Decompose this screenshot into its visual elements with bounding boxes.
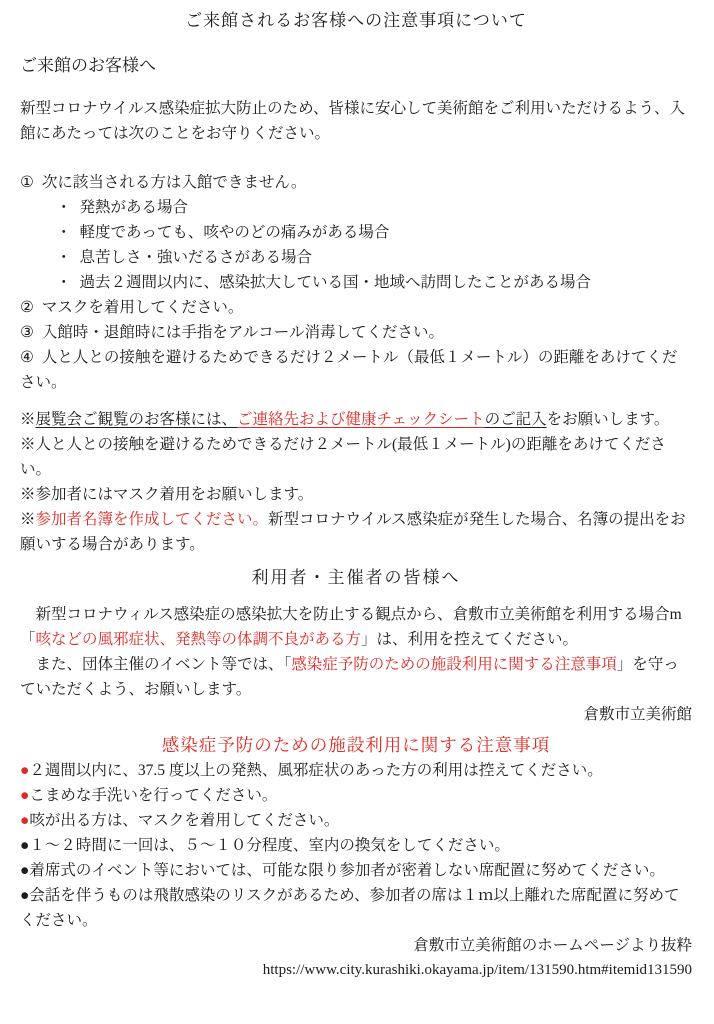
facility-rule-text: 会話を伴うものは飛散感染のリスクがあるため、参加者の席は１ｍ以上離れた席配置に努… [20,887,679,929]
museum-signature: 倉敷市立美術館 [20,702,692,727]
rule-number: ③ [20,324,34,341]
note-prefix: ※ [20,511,36,528]
document-page: ご来館されるお客様への注意事項について ご来館のお客様へ 新型コロナウイルス感染… [0,0,714,1024]
rule-number: ② [20,299,34,316]
facility-rule-text: 咳が出る方は、マスクを着用してください。 [29,812,339,829]
bullet-dot-marker: ・ [56,274,72,291]
bullet-circle-marker: ● [20,787,29,804]
note-contact-sheet: ※展覧会ご観覧のお客様には、ご連絡先および健康チェックシートのご記入をお願いしま… [20,407,692,432]
facility-rule-6: ●会話を伴うものは飛散感染のリスクがあるため、参加者の席は１ｍ以上離れた席配置に… [20,883,692,933]
rule-text: 次に該当される方は入館できません。 [42,174,306,191]
paragraph-red-text: 感染症予防のための施設利用に関する注意事項 [291,656,617,673]
note-red-text: 参加者名簿を作成してください。 [36,511,269,528]
bullet-circle-marker: ● [20,837,29,854]
bullet-dot-marker: ・ [56,249,72,266]
facility-rule-3: ●咳が出る方は、マスクを着用してください。 [20,808,692,833]
symptom-text: 息苦しさ・強いだるさがある場合 [80,249,313,266]
source-url: https://www.city.kurashiki.okayama.jp/it… [20,958,692,983]
note-roster: ※参加者名簿を作成してください。新型コロナウイルス感染症が発生した場合、名簿の提… [20,507,692,557]
symptom-item-1: ・発熱がある場合 [20,195,692,220]
organizer-paragraph-2: また、団体主催のイベント等では、「感染症予防のための施設利用に関する注意事項」を… [20,652,692,702]
rule-text: マスクを着用してください。 [42,299,244,316]
facility-rule-text: 着席式のイベント等においては、可能な限り参加者が密着しない席配置に努めてください… [29,862,665,879]
facility-rule-2: ●こまめな手洗いを行ってください。 [20,783,692,808]
entry-rule-3: ③入館時・退館時には手指をアルコール消毒してください。 [20,320,692,345]
bullet-circle-marker: ● [20,887,29,904]
facility-rules-heading: 感染症予防のための施設利用に関する注意事項 [20,733,692,758]
symptom-item-3: ・息苦しさ・強いだるさがある場合 [20,245,692,270]
symptom-text: 軽度であっても、咳やのどの痛みがある場合 [80,224,390,241]
facility-rule-4: ●１～２時間に一回は、５～１０分程度、室内の換気をしてください。 [20,833,692,858]
note-red-underlined-text: ご連絡先および健康チェックシート [237,411,485,428]
entry-rule-2: ②マスクを着用してください。 [20,295,692,320]
note-tail-text: をお願いします。 [547,411,670,428]
visitor-intro-paragraph: 新型コロナウイルス感染症拡大防止のため、皆様に安心して美術館をご利用いただけるよ… [20,96,692,146]
note-distance: ※人と人との接触を避けるためできるだけ２メートル(最低１メートル)の距離をあけて… [20,432,692,482]
note-underlined-text: のご記入 [485,411,547,428]
rule-text: 入館時・退館時には手指をアルコール消毒してください。 [42,324,444,341]
source-attribution: 倉敷市立美術館のホームページより抜粋 [20,933,692,958]
symptom-item-4: ・過去２週間以内に、感染拡大している国・地域へ訪問したことがある場合 [20,270,692,295]
entry-rules-list: ①次に該当される方は入館できません。 ・発熱がある場合 ・軽度であっても、咳やの… [20,170,692,395]
bullet-circle-marker: ● [20,812,29,829]
bullet-dot-marker: ・ [56,224,72,241]
note-underlined-text: 展覧会ご観覧のお客様には、 [36,411,238,428]
facility-rule-text: こまめな手洗いを行ってください。 [29,787,277,804]
paragraph-lead-text: また、団体主催のイベント等では、「 [20,656,291,673]
entry-rule-4: ④人と人との接触を避けるためできるだけ２メートル（最低１メートル）の距離をあけて… [20,345,692,395]
entry-rule-1: ①次に該当される方は入館できません。 [20,170,692,195]
facility-rule-5: ●着席式のイベント等においては、可能な限り参加者が密着しない席配置に努めてくださ… [20,858,692,883]
organizer-section-heading: 利用者・主催者の皆様へ [20,565,692,590]
note-prefix: ※ [20,411,36,428]
paragraph-tail-text: 」は、利用を控えてください。 [361,631,578,648]
facility-rule-text: １～２時間に一回は、５～１０分程度、室内の換気をしてください。 [29,837,510,854]
rule-number: ④ [20,349,34,366]
facility-rule-text: ２週間以内に、37.5 度以上の発熱、風邪症状のあった方の利用は控えてください。 [29,762,602,779]
bullet-circle-marker: ● [20,862,29,879]
bullet-circle-marker: ● [20,762,29,779]
organizer-paragraph-1: 新型コロナウィルス感染症の感染拡大を防止する観点から、倉敷市立美術館を利用する場… [20,602,692,652]
facility-rule-1: ●２週間以内に、37.5 度以上の発熱、風邪症状のあった方の利用は控えてください… [20,758,692,783]
rule-text: 人と人との接触を避けるためできるだけ２メートル（最低１メートル）の距離をあけてく… [20,349,677,391]
symptom-text: 過去２週間以内に、感染拡大している国・地域へ訪問したことがある場合 [80,274,592,291]
note-mask: ※参加者にはマスク着用をお願いします。 [20,482,692,507]
asterisk-notes: ※展覧会ご観覧のお客様には、ご連絡先および健康チェックシートのご記入をお願いしま… [20,407,692,557]
rule-number: ① [20,174,34,191]
facility-rules-list: ●２週間以内に、37.5 度以上の発熱、風邪症状のあった方の利用は控えてください… [20,758,692,933]
visitor-section-heading: ご来館のお客様へ [20,53,692,78]
symptom-item-2: ・軽度であっても、咳やのどの痛みがある場合 [20,220,692,245]
bullet-dot-marker: ・ [56,199,72,216]
paragraph-red-text: 咳などの風邪症状、発熱等の体調不良がある方 [36,631,362,648]
document-title: ご来館されるお客様への注意事項について [20,8,692,33]
symptom-text: 発熱がある場合 [80,199,189,216]
